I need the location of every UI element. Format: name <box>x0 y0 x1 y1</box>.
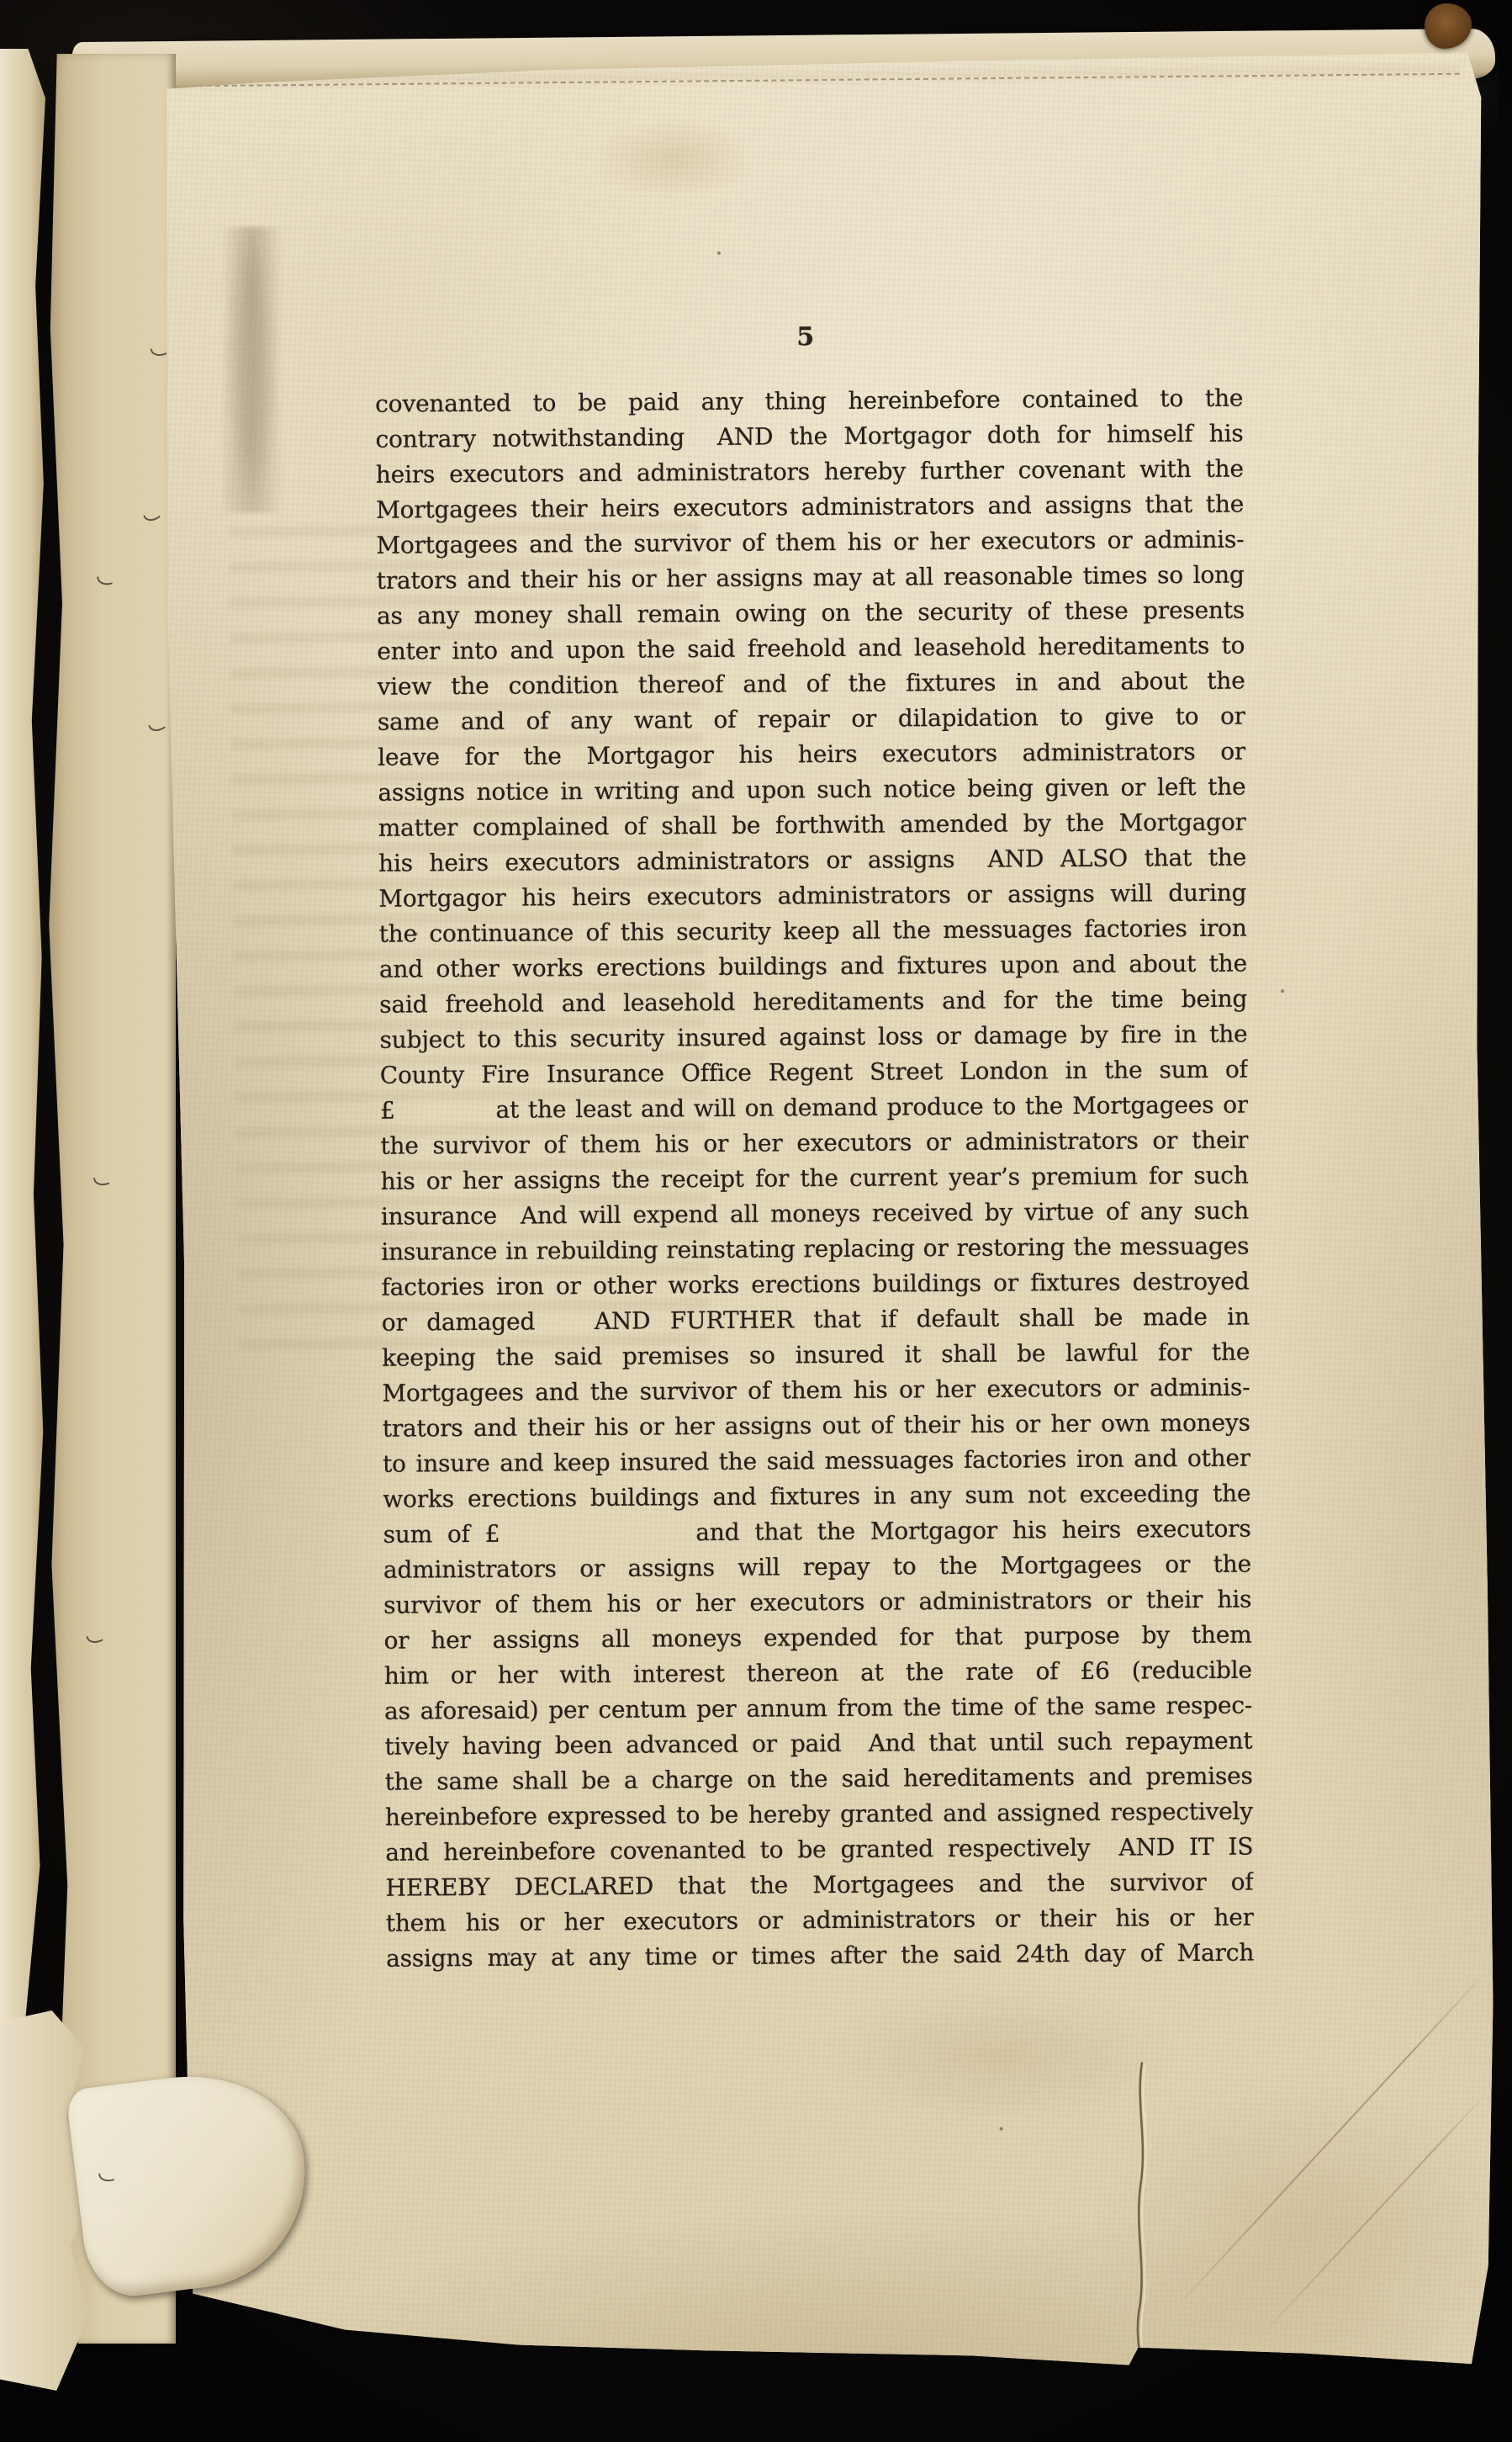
paper-stain <box>594 119 754 199</box>
text-line: same and of any want of repair or dilapi… <box>378 699 1245 740</box>
text-line: factories iron or other works erections … <box>381 1264 1249 1306</box>
text-line: trators and their his or her assigns may… <box>377 558 1245 599</box>
text-line: Mortgagees and the survivor of them his … <box>376 522 1244 564</box>
text-line: to insure and keep insured the said mess… <box>383 1441 1250 1482</box>
text-line: the same shall be a charge on the said h… <box>385 1759 1253 1800</box>
text-line: or her assigns all moneys expended for t… <box>383 1618 1251 1659</box>
text-line: administrators or assigns will repay to … <box>383 1547 1251 1588</box>
text-line: them his or her executors or administrat… <box>386 1900 1254 1941</box>
text-line: or damaged AND FURTHER that if default s… <box>382 1300 1250 1341</box>
text-line: assigns notice in writing and upon such … <box>378 770 1245 811</box>
paper-speck <box>415 932 418 935</box>
paper-speck <box>507 1952 510 1956</box>
text-line: £ at the least and will on demand produc… <box>380 1088 1248 1129</box>
text-line: as aforesaid) per centum per annum from … <box>384 1688 1252 1730</box>
torn-page-stub-outer <box>0 49 45 2024</box>
text-line: contrary notwithstanding AND the Mortgag… <box>375 416 1243 458</box>
page-text-block: covenanted to be paid any thing hereinbe… <box>375 381 1254 1977</box>
paper-speck <box>1000 2127 1003 2131</box>
text-line: matter complained of shall be forthwith … <box>378 805 1246 846</box>
text-line: tively having been advanced or paid And … <box>384 1724 1252 1765</box>
text-line: as any money shall remain owing on the s… <box>377 593 1245 634</box>
paper-speck <box>717 252 721 255</box>
text-line: covenanted to be paid any thing hereinbe… <box>375 381 1243 422</box>
paper-speck <box>1281 989 1284 993</box>
text-line: said freehold and leasehold hereditament… <box>379 982 1247 1023</box>
text-line: Mortgagees and the survivor of them his … <box>382 1370 1250 1412</box>
text-line: enter into and upon the said freehold an… <box>377 628 1245 670</box>
text-line: his heirs executors administrators or as… <box>378 840 1246 882</box>
text-line: works erections buildings and fixtures i… <box>383 1476 1250 1518</box>
text-line: heirs executors and administrators hereb… <box>376 452 1244 493</box>
text-line: hereinbefore expressed to be hereby gran… <box>385 1794 1253 1835</box>
text-line: subject to this security insured against… <box>379 1017 1247 1058</box>
text-line: County Fire Insurance Office Regent Stre… <box>380 1052 1248 1094</box>
text-line: the continuance of this security keep al… <box>378 911 1246 952</box>
text-line: and hereinbefore covenanted to be grante… <box>385 1830 1253 1871</box>
page-number: 5 <box>782 325 829 350</box>
text-line: Mortgagor his heirs executors administra… <box>378 876 1246 917</box>
text-line: trators and their his or her assigns out… <box>383 1406 1250 1447</box>
torn-page-stub-inner <box>44 54 176 2344</box>
text-line: him or her with interest thereon at the … <box>384 1653 1252 1694</box>
paper-speck <box>1184 1392 1187 1396</box>
ink-smudge <box>221 227 285 514</box>
page-tear <box>1122 2060 1161 2381</box>
corner-crease <box>1256 2090 1489 2341</box>
text-line: HEREBY DECLARED that the Mortgagees and … <box>385 1865 1253 1906</box>
text-line: assigns may at any time or times after t… <box>386 1936 1254 1977</box>
text-line: the survivor of them his or her executor… <box>380 1123 1248 1164</box>
text-line: and other works erections buildings and … <box>379 946 1247 988</box>
scanned-book-photo: 5 covenanted to be paid any thing herein… <box>0 0 1512 2442</box>
paper-speck <box>926 1242 929 1246</box>
text-line: keeping the said premises so insured it … <box>382 1335 1250 1376</box>
text-line: sum of £ and that the Mortgagor his heir… <box>383 1512 1250 1553</box>
text-line: Mortgagees their heirs executors adminis… <box>376 487 1244 528</box>
text-line: survivor of them his or her executors or… <box>383 1582 1251 1624</box>
text-line: his or her assigns the receipt for the c… <box>381 1158 1249 1200</box>
text-line: insurance And will expend all moneys rec… <box>381 1194 1249 1235</box>
text-line: leave for the Mortgagor his heirs execut… <box>378 734 1245 776</box>
book-page: 5 covenanted to be paid any thing herein… <box>156 46 1504 2387</box>
text-line: insurance in rebuilding reinstating repl… <box>381 1229 1249 1270</box>
text-line: view the condition thereof and of the fi… <box>377 664 1245 705</box>
